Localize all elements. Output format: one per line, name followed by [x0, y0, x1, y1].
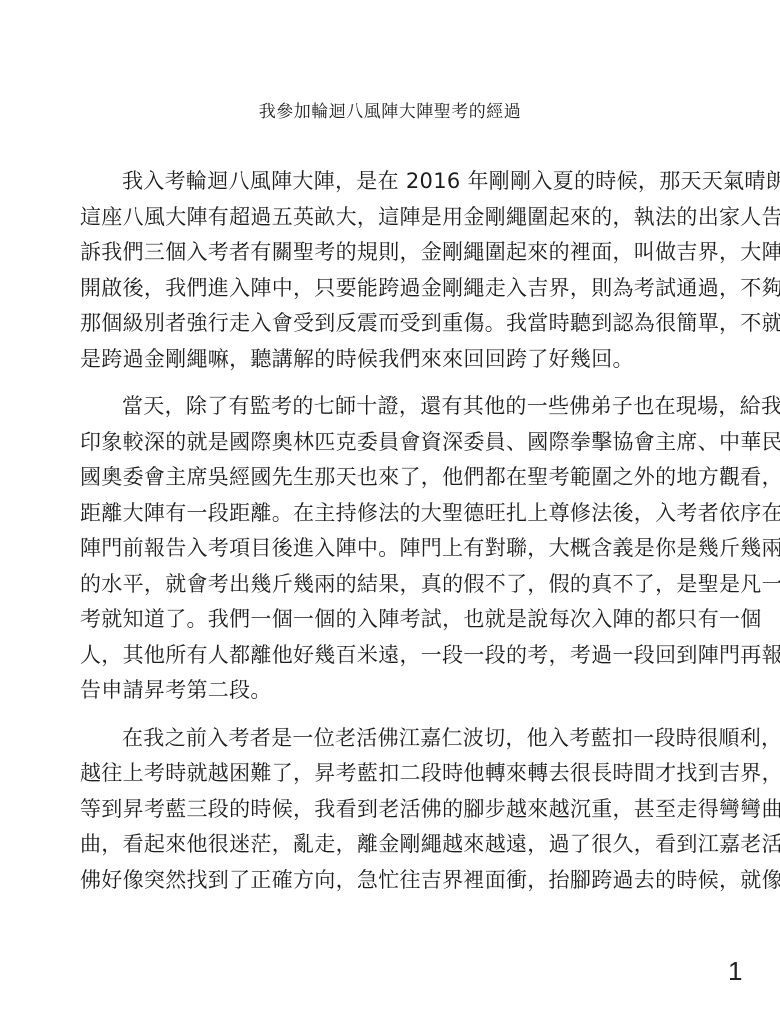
text-line: 人，其他所有人都離他好幾百米遠，一段一段的考，考過一段回到陣門再報 [80, 638, 685, 674]
paragraph-1: 我入考輪迴八風陣大陣，是在 2016 年剛剛入夏的時候，那天天氣晴朗， 這座八風… [80, 164, 685, 377]
text-line: 我入考輪迴八風陣大陣，是在 2016 年剛剛入夏的時候，那天天氣晴朗， [80, 164, 685, 200]
text-line: 在我之前入考者是一位老活佛江嘉仁波切，他入考藍扣一段時很順利， [80, 721, 685, 757]
paragraph-2: 當天，除了有監考的七師十證，還有其他的一些佛弟子也在現場，給我 印象較深的就是國… [80, 389, 685, 709]
document-page: 我參加輪迴八風陣大陣聖考的經過 我入考輪迴八風陣大陣，是在 2016 年剛剛入夏… [0, 0, 780, 1024]
text-line: 佛好像突然找到了正確方向，急忙往吉界裡面衝，抬腳跨過去的時候，就像 [80, 863, 685, 899]
text-line: 訴我們三個入考者有關聖考的規則，金剛繩圍起來的裡面，叫做吉界，大陣 [80, 235, 685, 271]
text-line: 這座八風大陣有超過五英畝大，這陣是用金剛繩圍起來的，執法的出家人告 [80, 200, 685, 236]
text-line: 越往上考時就越困難了，昇考藍扣二段時他轉來轉去很長時間才找到吉界， [80, 756, 685, 792]
text-line: 曲，看起來他很迷茫，亂走，離金剛繩越來越遠，過了很久，看到江嘉老活 [80, 827, 685, 863]
text-line: 是跨過金剛繩嘛，聽講解的時候我們來來回回跨了好幾回。 [80, 342, 685, 378]
text-line: 陣門前報告入考項目後進入陣中。陣門上有對聯，大概含義是你是幾斤幾兩 [80, 531, 685, 567]
document-body: 我入考輪迴八風陣大陣，是在 2016 年剛剛入夏的時候，那天天氣晴朗， 這座八風… [80, 164, 685, 910]
text-line: 當天，除了有監考的七師十證，還有其他的一些佛弟子也在現場，給我 [80, 389, 685, 425]
text-line: 國奧委會主席吳經國先生那天也來了，他們都在聖考範圍之外的地方觀看， [80, 460, 685, 496]
paragraph-3: 在我之前入考者是一位老活佛江嘉仁波切，他入考藍扣一段時很順利， 越往上考時就越困… [80, 721, 685, 899]
text-line: 距離大陣有一段距離。在主持修法的大聖德旺扎上尊修法後，入考者依序在 [80, 496, 685, 532]
text-line: 考就知道了。我們一個一個的入陣考試，也就是說每次入陣的都只有一個 [80, 602, 685, 638]
text-line: 印象較深的就是國際奧林匹克委員會資深委員、國際拳擊協會主席、中華民 [80, 425, 685, 461]
document-title: 我參加輪迴八風陣大陣聖考的經過 [0, 97, 780, 122]
text-line: 的水平，就會考出幾斤幾兩的結果，真的假不了，假的真不了，是聖是凡一 [80, 567, 685, 603]
text-line: 告申請昇考第二段。 [80, 673, 685, 709]
text-line: 等到昇考藍三段的時候，我看到老活佛的腳步越來越沉重，甚至走得彎彎曲 [80, 792, 685, 828]
text-line: 那個級別者強行走入會受到反震而受到重傷。我當時聽到認為很簡單，不就 [80, 306, 685, 342]
page-number: 1 [728, 956, 742, 987]
text-line: 開啟後，我們進入陣中，只要能跨過金剛繩走入吉界，則為考試通過，不夠 [80, 271, 685, 307]
